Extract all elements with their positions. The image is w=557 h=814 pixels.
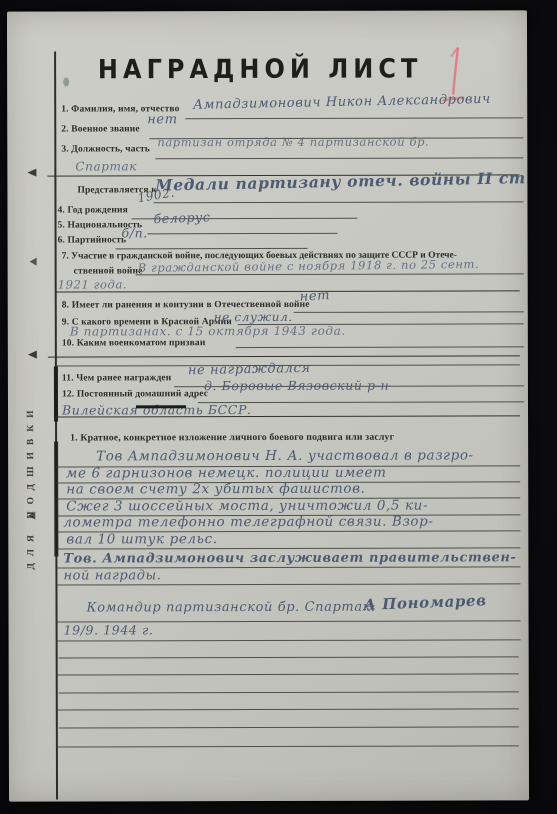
field-value-party: б/п. <box>122 225 148 240</box>
field-label-birthyear: 4. Год рождения <box>57 205 127 215</box>
field-label-civilwar-2: ственной войне <box>74 266 143 276</box>
feat-line: вал 10 штук рельс. <box>66 531 217 547</box>
field-value-civilwar-2: 1921 года. <box>58 277 128 291</box>
field-value-wounds: нет <box>299 288 330 305</box>
margin-arrow-icon <box>27 169 36 177</box>
filing-margin-label: ДЛЯ ПОДШИВКИ <box>26 280 37 570</box>
margin-arrow-icon <box>30 258 37 266</box>
field-label-rank: 2. Военное звание <box>61 124 140 134</box>
field-value-civilwar: В гражданской войне с ноября 1918 г. по … <box>138 257 480 275</box>
field-value-unit-2: Спартак <box>75 159 137 173</box>
signature-role: Командир партизанской бр. Спартак: <box>87 600 377 616</box>
ink-blot <box>136 405 186 408</box>
feat-line: на своем счету 2х убитых фашистов. <box>66 481 365 498</box>
margin-line <box>54 52 58 800</box>
field-value-presented: Медали партизану отеч. войны II ст. <box>155 168 529 195</box>
signature-date: 19/9. 1944 г. <box>64 622 154 637</box>
field-label-enlistment-office: 10. Каким военкоматом призван <box>62 338 206 348</box>
feat-line: ме 6 гарнизонов немецк. полиции имеет <box>66 465 386 482</box>
field-value-nationality: белорус <box>153 209 210 226</box>
feat-line: лометра телефонно телеграфной связи. Взо… <box>63 514 433 531</box>
margin-line-thick <box>54 367 58 422</box>
feat-section-header: 1. Кратное, конкретное изложение личного… <box>70 432 394 444</box>
margin-arrow-icon <box>28 512 35 520</box>
scanned-document: ДЛЯ ПОДШИВКИ НАГРАДНОЙ ЛИСТ 1. Фамилия, … <box>0 0 557 814</box>
field-value-rank: нет <box>147 112 177 127</box>
signature-name: А Пономарев <box>363 591 487 614</box>
field-label-unit: 3. Должность, часть <box>61 144 150 154</box>
field-label-party: 6. Партийность <box>58 235 127 245</box>
margin-arrow-icon <box>28 351 37 359</box>
feat-line: ной награды. <box>63 568 161 583</box>
field-value-home-address: д. Боровые Вязовский р-н <box>204 378 389 393</box>
field-value-partisans-since: В партизанах. с 15 октября 1943 года. <box>70 324 346 339</box>
form-title: НАГРАДНОЙ ЛИСТ <box>7 53 513 85</box>
award-sheet-paper: ДЛЯ ПОДШИВКИ НАГРАДНОЙ ЛИСТ 1. Фамилия, … <box>7 10 529 801</box>
field-value-prior-awards: не награждался <box>188 361 311 378</box>
feat-line: Тов Ампадзимонович Н. А. участвовал в ра… <box>96 447 474 464</box>
feat-line: Сжег 3 шоссейных моста, уничтожил 0,5 ки… <box>66 498 428 515</box>
field-label-prior-awards: 11. Чем ранее награжден <box>62 373 172 383</box>
feat-line: Тов. Ампадзимонович заслуживает правител… <box>63 550 516 566</box>
field-label-wounds: 8. Имеет ли ранения и контузии в Отечест… <box>62 300 310 311</box>
field-label-home-address: 12. Постоянный домашний адрес <box>62 389 208 399</box>
field-value-redarmy: не служил. <box>214 310 293 324</box>
field-value-unit: партизан отряда № 4 партизанской бр. <box>157 135 429 150</box>
